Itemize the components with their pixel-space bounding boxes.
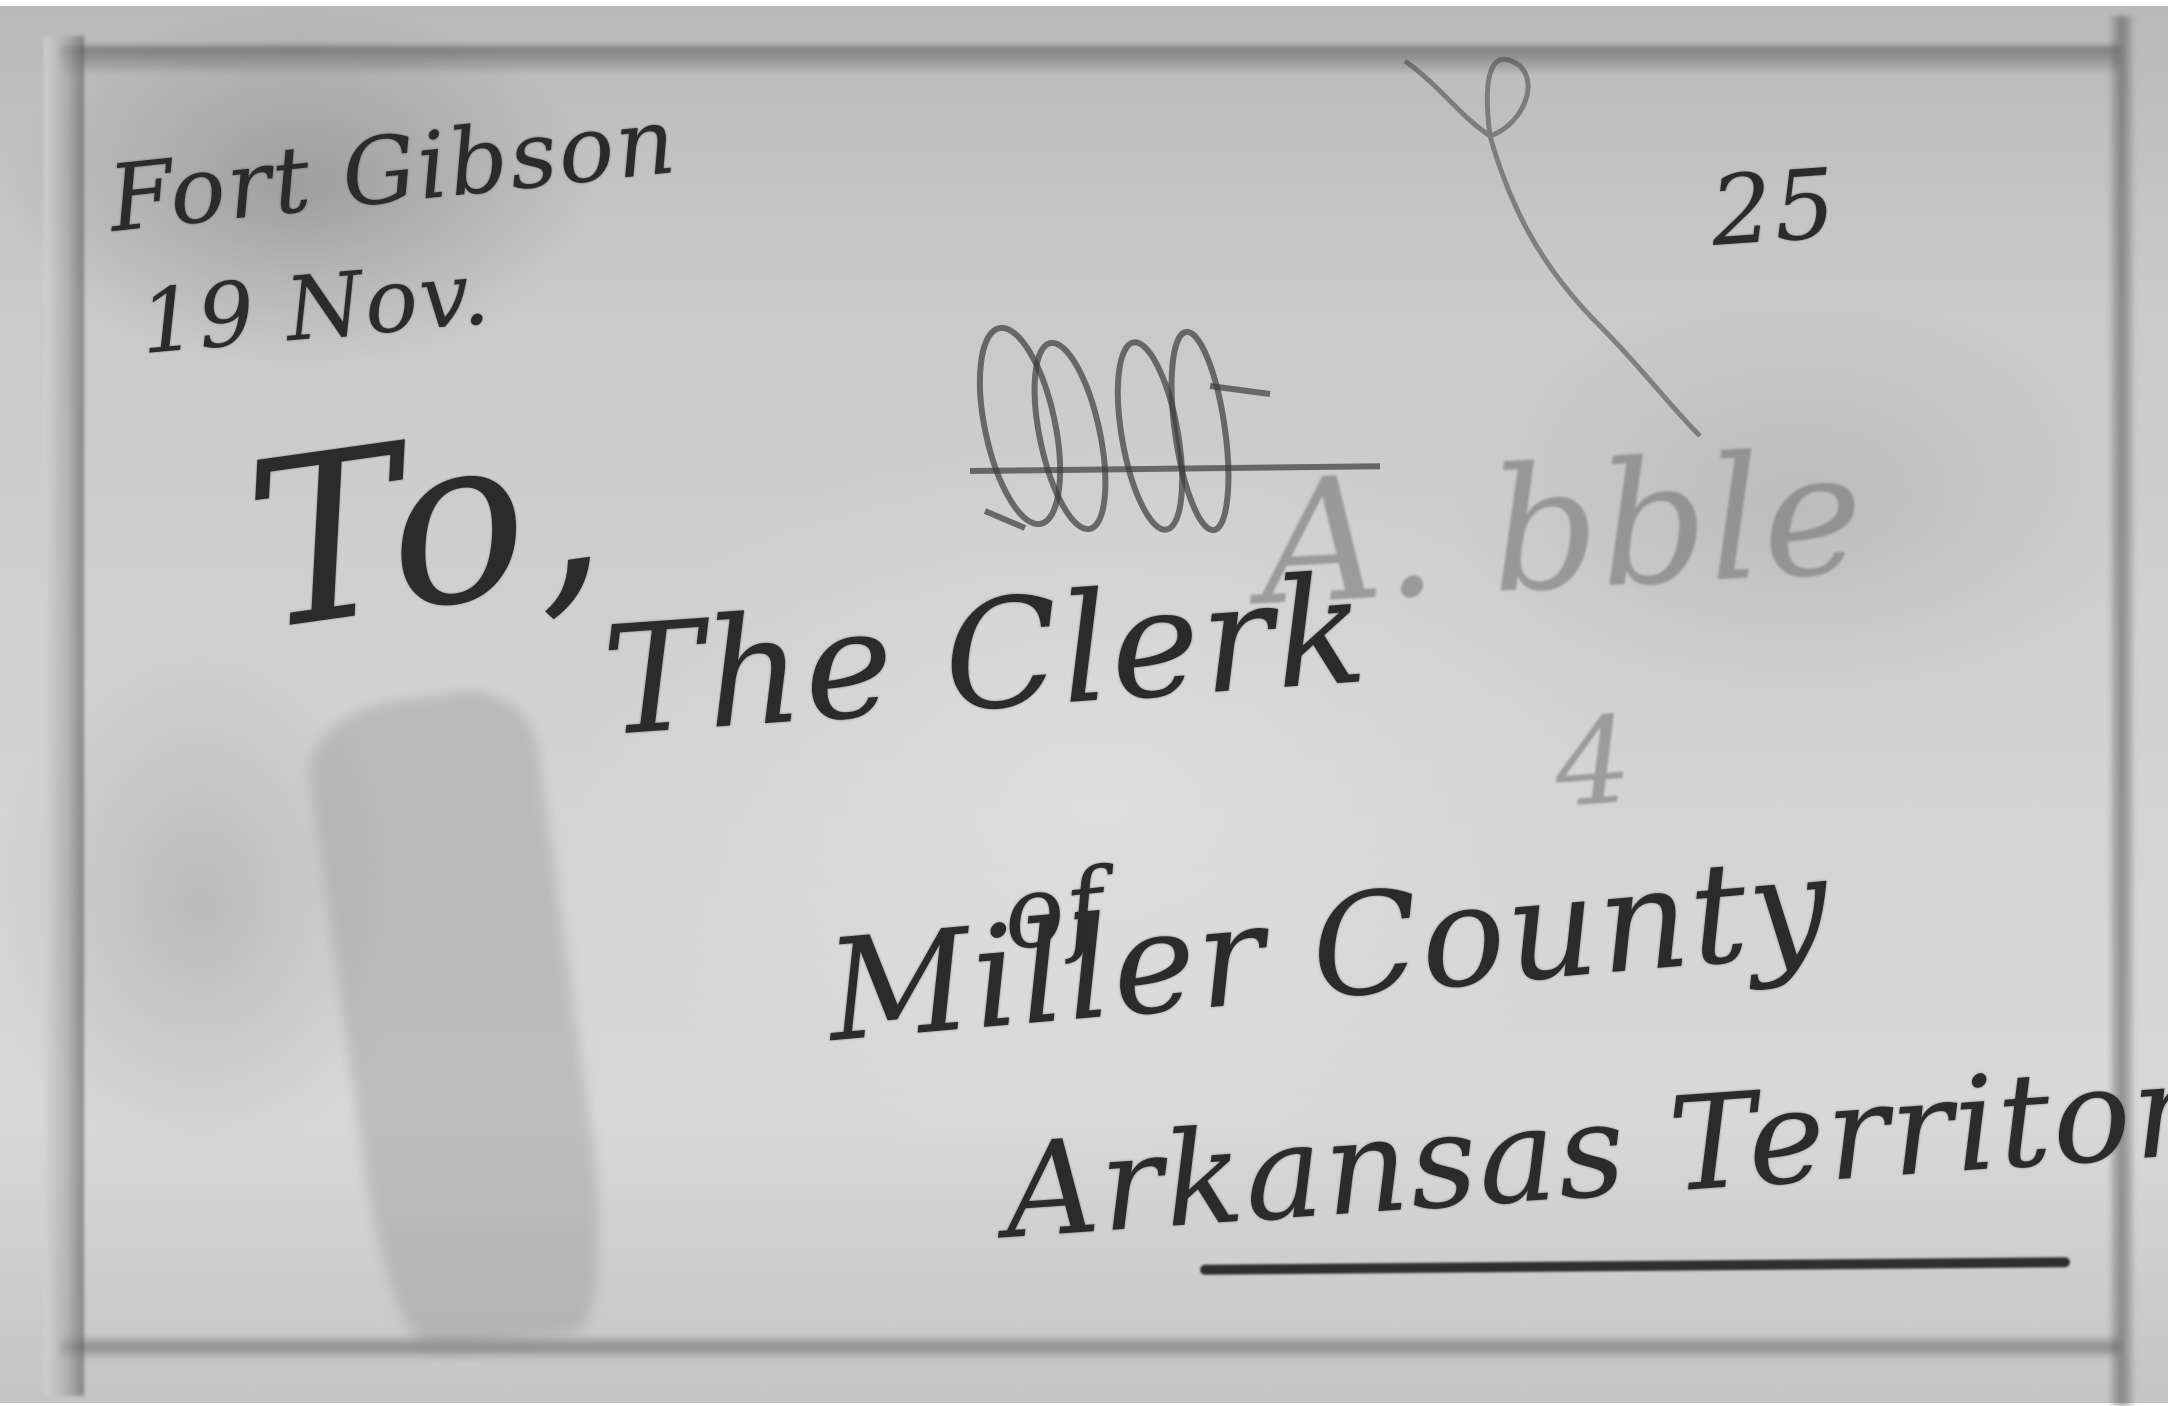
postage-rate: 25 <box>1707 147 1841 268</box>
address-line-1: The Clerk <box>598 543 1373 770</box>
postmark-date: 19 Nov. <box>136 241 495 374</box>
water-stain <box>301 683 619 1359</box>
left-fold-edge <box>44 36 84 1396</box>
envelope-photo: Fort Gibson 19 Nov. 25 A. bble 4 To, The… <box>0 6 2168 1403</box>
postmark-place: Fort Gibson <box>104 87 682 253</box>
address-line-3: Miller County <box>821 824 1836 1074</box>
pencil-notation-mark: 4 <box>1550 691 1636 835</box>
right-fold-edge <box>2110 16 2134 1403</box>
address-underline <box>1200 1257 2070 1275</box>
address-prefix: To, <box>233 369 620 683</box>
top-fold-edge <box>60 46 2120 72</box>
address-line-4: Arkansas Territory <box>999 1028 2168 1268</box>
bottom-fold-edge <box>60 1336 2120 1358</box>
